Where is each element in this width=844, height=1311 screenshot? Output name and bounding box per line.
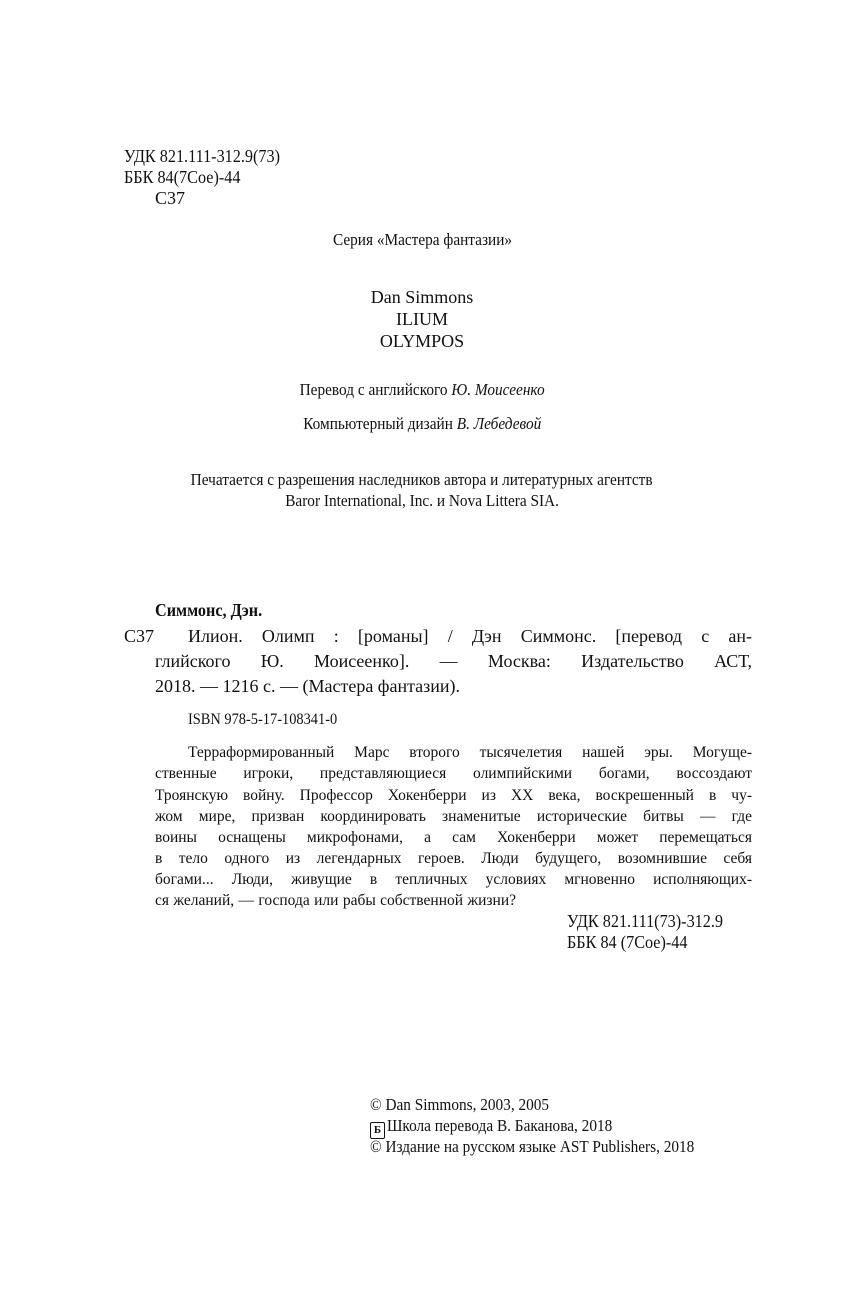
annotation-udk-text: УДК 821.111(73)-312.9	[567, 911, 723, 931]
copyright-edition: © Издание на русском языке AST Publisher…	[370, 1136, 730, 1157]
isbn-text: ISBN 978-5-17-108341-0	[188, 710, 337, 730]
catalog-author-text: Симмонс, Дэн.	[155, 600, 262, 620]
bbk-code: ББК 84(7Сое)-44	[124, 167, 253, 187]
annotation-line-3: Троянскую войну. Профессор Хокенберри из…	[155, 785, 752, 806]
annotation-line-7: богами... Люди, живущие в тепличных усло…	[155, 869, 752, 890]
annotation-line-1: Терраформированный Марс второго тысячеле…	[188, 742, 752, 763]
translation-credit-inner: Перевод с английского Ю. Моисеенко	[299, 379, 544, 400]
udk-code: УДК 821.111-312.9(73)	[124, 146, 297, 166]
annotation-bbk: ББК 84 (7Сое)-44	[567, 932, 701, 952]
catalog-author-heading: Симмонс, Дэн.	[155, 600, 274, 620]
original-title-ilium: ILIUM	[0, 309, 844, 329]
copyright-author-text: © Dan Simmons, 2003, 2005	[370, 1094, 549, 1115]
annotation-line-2: ственные игроки, представляющиеся олимпи…	[155, 763, 752, 784]
annotation-line-5: воины оснащены микрофонами, а сам Хокенб…	[155, 827, 752, 848]
catalog-line-1: Илион. Олимп : [романы] / Дэн Симмонс. […	[188, 626, 752, 646]
bbk-text: ББК 84(7Сое)-44	[124, 167, 240, 187]
series-title: Серия «Мастера фантазии»	[0, 229, 844, 250]
permission-line-2: Baror International, Inc. и Nova Littera…	[0, 490, 844, 511]
translation-credit: Перевод с английского Ю. Моисеенко	[0, 379, 844, 400]
copyright-author: © Dan Simmons, 2003, 2005	[370, 1094, 569, 1115]
annotation-line-8: ся желаний, — господа или рабы собственн…	[155, 890, 516, 911]
isbn: ISBN 978-5-17-108341-0	[188, 710, 354, 730]
catalog-mark: С37	[124, 626, 154, 646]
copyright-edition-text: © Издание на русском языке AST Publisher…	[370, 1136, 694, 1157]
annotation-bbk-text: ББК 84 (7Сое)-44	[567, 932, 687, 952]
permission-text-1: Печатается с разрешения наследников авто…	[191, 469, 653, 490]
design-credit-inner: Компьютерный дизайн В. Лебедевой	[303, 413, 541, 434]
design-credit: Компьютерный дизайн В. Лебедевой	[0, 413, 844, 434]
annotation-line-4: жом мире, призван координировать знамени…	[155, 806, 752, 827]
catalog-line-3: 2018. — 1216 с. — (Мастера фантазии).	[155, 676, 460, 696]
design-label: Компьютерный дизайн	[303, 414, 453, 433]
translation-label: Перевод с английского	[299, 380, 447, 399]
designer-name: В. Лебедевой	[456, 414, 541, 433]
original-author: Dan Simmons	[0, 287, 844, 307]
annotation-udk: УДК 821.111(73)-312.9	[567, 911, 740, 931]
copyright-translation-text: Школа перевода В. Баканова, 2018	[387, 1115, 612, 1136]
permission-text-2: Baror International, Inc. и Nova Littera…	[285, 490, 559, 511]
catalog-line-2: глийского Ю. Моисеенко]. — Москва: Издат…	[155, 651, 752, 671]
annotation-line-6: в тело одного из легендарных героев. Люд…	[155, 848, 752, 869]
permission-line-1: Печатается с разрешения наследников авто…	[0, 469, 844, 490]
translator-name: Ю. Моисеенко	[451, 380, 544, 399]
series-text: Серия «Мастера фантазии»	[332, 229, 511, 250]
udk-text: УДК 821.111-312.9(73)	[124, 146, 280, 166]
original-title-olympos: OLYMPOS	[0, 331, 844, 351]
author-mark: С37	[155, 188, 185, 208]
